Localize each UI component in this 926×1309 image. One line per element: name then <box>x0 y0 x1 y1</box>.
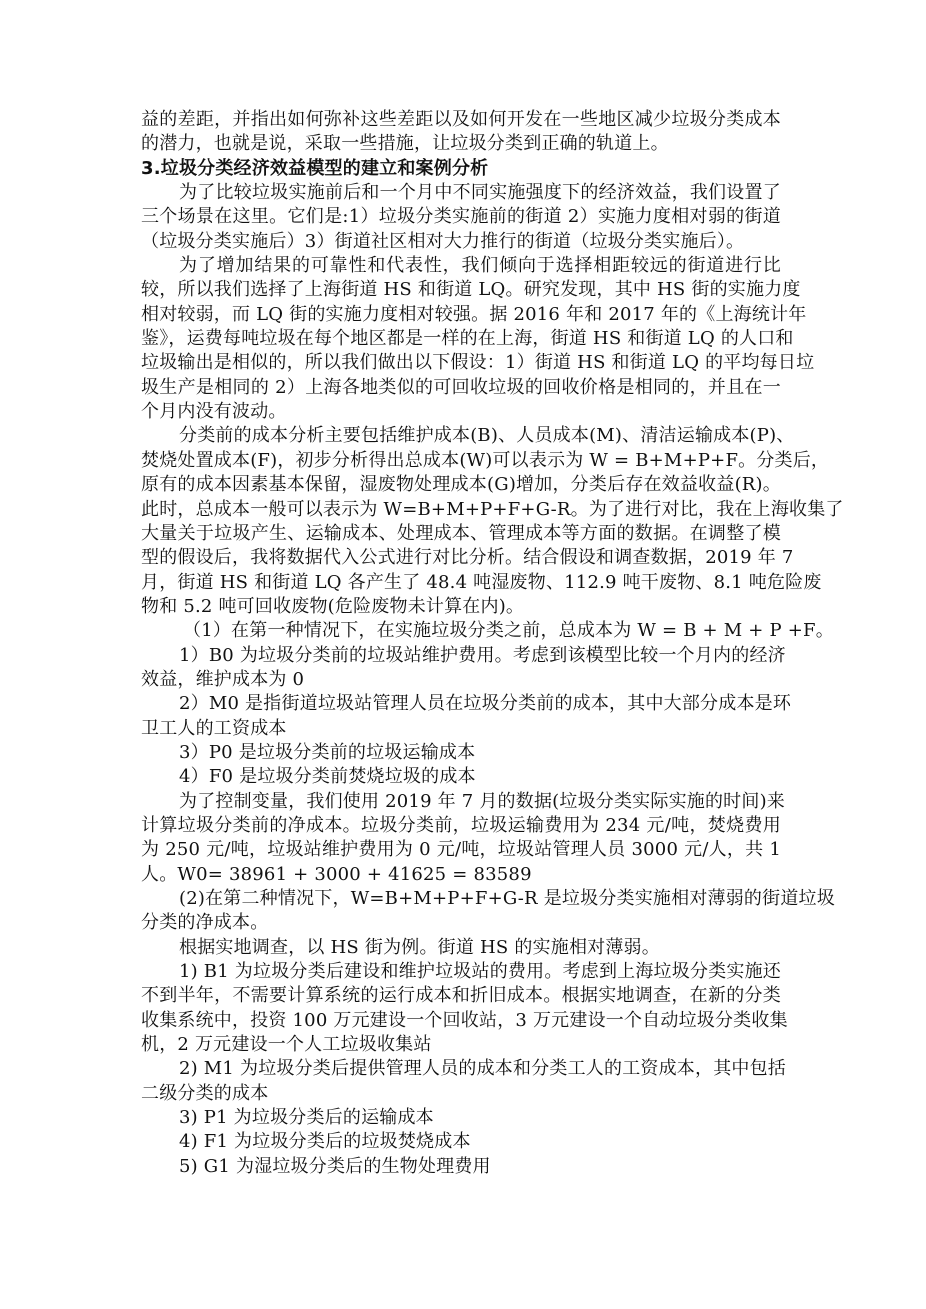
list-item: 1) B1 为垃圾分类后建设和维护垃圾站的费用。考虑到上海垃圾分类实施还 不到半… <box>141 960 781 1057</box>
text-line: 垃圾输出是相似的，所以我们做出以下假设：1）街道 HS 和街道 LQ 的平均每日… <box>141 351 781 375</box>
text-line: 为了增加结果的可靠性和代表性，我们倾向于选择相距较远的街道进行比 <box>141 254 781 278</box>
list-item: 2）M0 是指街道垃圾站管理人员在垃圾分类前的成本，其中大部分成本是环 卫工人的… <box>141 692 781 741</box>
list-item: 4）F0 是垃圾分类前焚烧垃圾的成本 <box>141 765 781 789</box>
text-line: 原有的成本因素基本保留，湿废物处理成本(G)增加，分类后存在效益收益(R)。 <box>141 473 781 497</box>
text-line: 的潜力，也就是说，采取一些措施，让垃圾分类到正确的轨道上。 <box>141 132 781 156</box>
paragraph-selection: 为了增加结果的可靠性和代表性，我们倾向于选择相距较远的街道进行比 较，所以我们选… <box>141 254 781 424</box>
scenario2-list: 1) B1 为垃圾分类后建设和维护垃圾站的费用。考虑到上海垃圾分类实施还 不到半… <box>141 960 781 1179</box>
text-line: 益的差距，并指出如何弥补这些差距以及如何开发在一些地区减少垃圾分类成本 <box>141 108 781 132</box>
list-item: 3）P0 是垃圾分类前的垃圾运输成本 <box>141 741 781 765</box>
text-line: 个月内没有波动。 <box>141 400 781 424</box>
text-line: 为了控制变量，我们使用 2019 年 7 月的数据(垃圾分类实际实施的时间)来 <box>141 790 781 814</box>
text-line: 不到半年，不需要计算系统的运行成本和折旧成本。根据实地调查，在新的分类 <box>141 984 781 1008</box>
document-page: 益的差距，并指出如何弥补这些差距以及如何开发在一些地区减少垃圾分类成本 的潜力，… <box>141 108 781 1179</box>
paragraph-cost-analysis: 分类前的成本分析主要包括维护成本(B)、人员成本(M)、清洁运输成本(P)、 焚… <box>141 424 781 619</box>
text-line: 2）M0 是指街道垃圾站管理人员在垃圾分类前的成本，其中大部分成本是环 <box>141 692 781 716</box>
text-line: 计算垃圾分类前的净成本。垃圾分类前，垃圾运输费用为 234 元/吨，焚烧费用 <box>141 814 781 838</box>
text-line: 为了比较垃圾实施前后和一个月中不同实施强度下的经济效益，我们设置了 <box>141 181 781 205</box>
list-item: 4) F1 为垃圾分类后的垃圾焚烧成本 <box>141 1130 781 1154</box>
text-line: 4）F0 是垃圾分类前焚烧垃圾的成本 <box>141 765 781 789</box>
text-line: 三个场景在这里。它们是:1）垃圾分类实施前的街道 2）实施力度相对弱的街道 <box>141 205 781 229</box>
scenario2-intro: (2)在第二种情况下，W=B+M+P+F+G-R 是垃圾分类实施相对薄弱的街道垃… <box>141 887 781 936</box>
text-line: 3) P1 为垃圾分类后的运输成本 <box>141 1106 781 1130</box>
text-line: 大量关于垃圾产生、运输成本、处理成本、管理成本等方面的数据。在调整了模 <box>141 522 781 546</box>
text-line: 较，所以我们选择了上海街道 HS 和街道 LQ。研究发现，其中 HS 街的实施力… <box>141 278 781 302</box>
list-item: 1）B0 为垃圾分类前的垃圾站维护费用。考虑到该模型比较一个月内的经济 效益，维… <box>141 644 781 693</box>
paragraph-scenarios: 为了比较垃圾实施前后和一个月中不同实施强度下的经济效益，我们设置了 三个场景在这… <box>141 181 781 254</box>
text-line: 1) B1 为垃圾分类后建设和维护垃圾站的费用。考虑到上海垃圾分类实施还 <box>141 960 781 984</box>
text-line: 4) F1 为垃圾分类后的垃圾焚烧成本 <box>141 1130 781 1154</box>
scenario1-list: 1）B0 为垃圾分类前的垃圾站维护费用。考虑到该模型比较一个月内的经济 效益，维… <box>141 644 781 790</box>
text-line: 分类的净成本。 <box>141 911 781 935</box>
list-item: 5) G1 为湿垃圾分类后的生物处理费用 <box>141 1155 781 1179</box>
text-line: (2)在第二种情况下，W=B+M+P+F+G-R 是垃圾分类实施相对薄弱的街道垃… <box>141 887 781 911</box>
text-line: 2) M1 为垃圾分类后提供管理人员的成本和分类工人的工资成本，其中包括 <box>141 1057 781 1081</box>
text-line: 二级分类的成本 <box>141 1082 781 1106</box>
text-line: 月，街道 HS 和街道 LQ 各产生了 48.4 吨湿废物、112.9 吨干废物… <box>141 571 781 595</box>
text-line: 物和 5.2 吨可回收废物(危险废物未计算在内)。 <box>141 595 781 619</box>
scenario1-intro: （1）在第一种情况下，在实施垃圾分类之前，总成本为 W = B + M + P … <box>141 619 781 643</box>
text-line: 鉴》，运费每吨垃圾在每个地区都是一样的在上海，街道 HS 和街道 LQ 的人口和 <box>141 327 781 351</box>
scenario2-survey: 根据实地调查，以 HS 街为例。街道 HS 的实施相对薄弱。 <box>141 936 781 960</box>
text-line: 3）P0 是垃圾分类前的垃圾运输成本 <box>141 741 781 765</box>
list-item: 2) M1 为垃圾分类后提供管理人员的成本和分类工人的工资成本，其中包括 二级分… <box>141 1057 781 1106</box>
text-line: 此时，总成本一般可以表示为 W=B+M+P+F+G-R。为了进行对比，我在上海收… <box>141 498 781 522</box>
text-line: 收集系统中，投资 100 万元建设一个回收站，3 万元建设一个自动垃圾分类收集 <box>141 1009 781 1033</box>
text-line: 相对较弱，而 LQ 街的实施力度相对较强。据 2016 年和 2017 年的《上… <box>141 303 781 327</box>
text-line: 分类前的成本分析主要包括维护成本(B)、人员成本(M)、清洁运输成本(P)、 <box>141 424 781 448</box>
continuation-paragraph: 益的差距，并指出如何弥补这些差距以及如何开发在一些地区减少垃圾分类成本 的潜力，… <box>141 108 781 157</box>
text-line: 圾生产是相同的 2）上海各地类似的可回收垃圾的回收价格是相同的，并且在一 <box>141 376 781 400</box>
text-line: 1）B0 为垃圾分类前的垃圾站维护费用。考虑到该模型比较一个月内的经济 <box>141 644 781 668</box>
text-line: 卫工人的工资成本 <box>141 717 781 741</box>
text-line: （垃圾分类实施后）3）街道社区相对大力推行的街道（垃圾分类实施后）。 <box>141 230 781 254</box>
list-item: 3) P1 为垃圾分类后的运输成本 <box>141 1106 781 1130</box>
text-line: 效益，维护成本为 0 <box>141 668 781 692</box>
section-heading: 3.垃圾分类经济效益模型的建立和案例分析 <box>141 157 781 181</box>
w0-equation: 人。W0= 38961 + 3000 + 41625 = 83589 <box>141 863 781 887</box>
text-line: 焚烧处置成本(F)，初步分析得出总成本(W)可以表示为 W = B+M+P+F。… <box>141 449 781 473</box>
paragraph-control: 为了控制变量，我们使用 2019 年 7 月的数据(垃圾分类实际实施的时间)来 … <box>141 790 781 887</box>
text-line: 为 250 元/吨，垃圾站维护费用为 0 元/吨，垃圾站管理人员 3000 元/… <box>141 838 781 862</box>
text-line: 5) G1 为湿垃圾分类后的生物处理费用 <box>141 1155 781 1179</box>
text-line: 型的假设后，我将数据代入公式进行对比分析。结合假设和调查数据，2019 年 7 <box>141 546 781 570</box>
text-line: 机，2 万元建设一个人工垃圾收集站 <box>141 1033 781 1057</box>
